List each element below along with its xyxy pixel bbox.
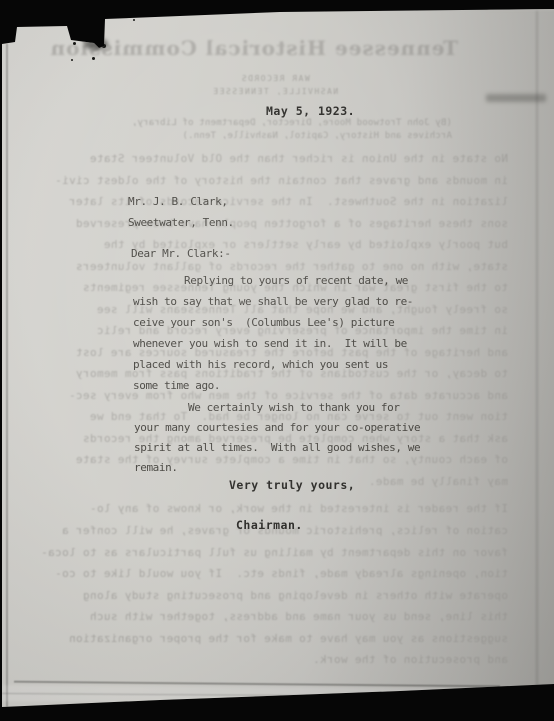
right-crease [536, 10, 538, 686]
bleedthrough-letterhead-sub2: NASHVILLE, TENNESSEE [110, 87, 440, 96]
ink-speck [133, 19, 135, 21]
bleedthrough-line: favor on this department by mailing us f… [60, 546, 508, 559]
ink-speck [71, 59, 73, 61]
body-line: whenever you wish to send it in. It will… [133, 337, 407, 350]
bleedthrough-line: state, with no one to gather the records… [60, 260, 508, 273]
bleedthrough-byline-2: Archives and History, Capitol, Nashville… [62, 130, 452, 143]
body-line: ceive your son's (Columbus Lee's) pictur… [133, 316, 394, 329]
signature-title: Chairman. [236, 519, 303, 532]
bleedthrough-byline-1: (By John Trotwood Moore, Director, Depar… [62, 117, 452, 130]
body-line: We certainly wish to thank you for [188, 401, 400, 414]
ink-speck [102, 44, 106, 48]
bleedthrough-line: but poorly exploited by early settlers o… [60, 238, 508, 251]
recipient-name: Mr. J. B. Clark, [128, 195, 228, 208]
paper-sheet: Tennessee Historical Commission WAR RECO… [0, 0, 554, 721]
bleedthrough-line: of each county, so that in time a comple… [60, 453, 508, 466]
bleedthrough-letterhead: Tennessee Historical Commission [92, 36, 458, 60]
salutation: Dear Mr. Clark:- [131, 247, 231, 260]
date-line: May 5, 1923. [266, 105, 355, 118]
body-line: remain. [134, 461, 178, 474]
body-line: your many courtesies and for your co-ope… [134, 421, 420, 434]
bleedthrough-line: tion, openings already made, finds etc. … [60, 567, 508, 580]
bleedthrough-letterhead-sub1: WAR RECORDS [110, 74, 440, 83]
bleedthrough-line: and prosecution of the work. [60, 653, 508, 666]
body-line: some time ago. [133, 379, 220, 392]
top-right-paper-sliver [488, 0, 554, 11]
ink-speck [92, 57, 95, 60]
scanned-letter-page: Tennessee Historical Commission WAR RECO… [0, 0, 554, 721]
body-line: Replying to yours of recent date, we [184, 274, 408, 287]
body-line: wish to say that we shall be very glad t… [133, 295, 413, 308]
left-crease [6, 44, 8, 707]
ink-speck [73, 42, 76, 45]
bleedthrough-line: suggestions as you may have to make for … [60, 632, 508, 645]
recipient-address: Sweetwater, Tenn. [128, 216, 234, 229]
bleedthrough-line: If the reader is interested in the work,… [60, 502, 508, 515]
closing-line: Very truly yours, [229, 479, 355, 492]
bleedthrough-line: operate with others in developing and pr… [60, 589, 508, 602]
bleedthrough-line: this line, send us your name and address… [60, 610, 508, 623]
body-line: spirit at all times. With all good wishe… [134, 441, 420, 454]
bleedthrough-line: No state in the Union is richer than the… [60, 152, 508, 165]
body-line: placed with his record, which you sent u… [133, 358, 388, 371]
bleedthrough-line: in mounds and graves that contain the hi… [60, 174, 508, 187]
